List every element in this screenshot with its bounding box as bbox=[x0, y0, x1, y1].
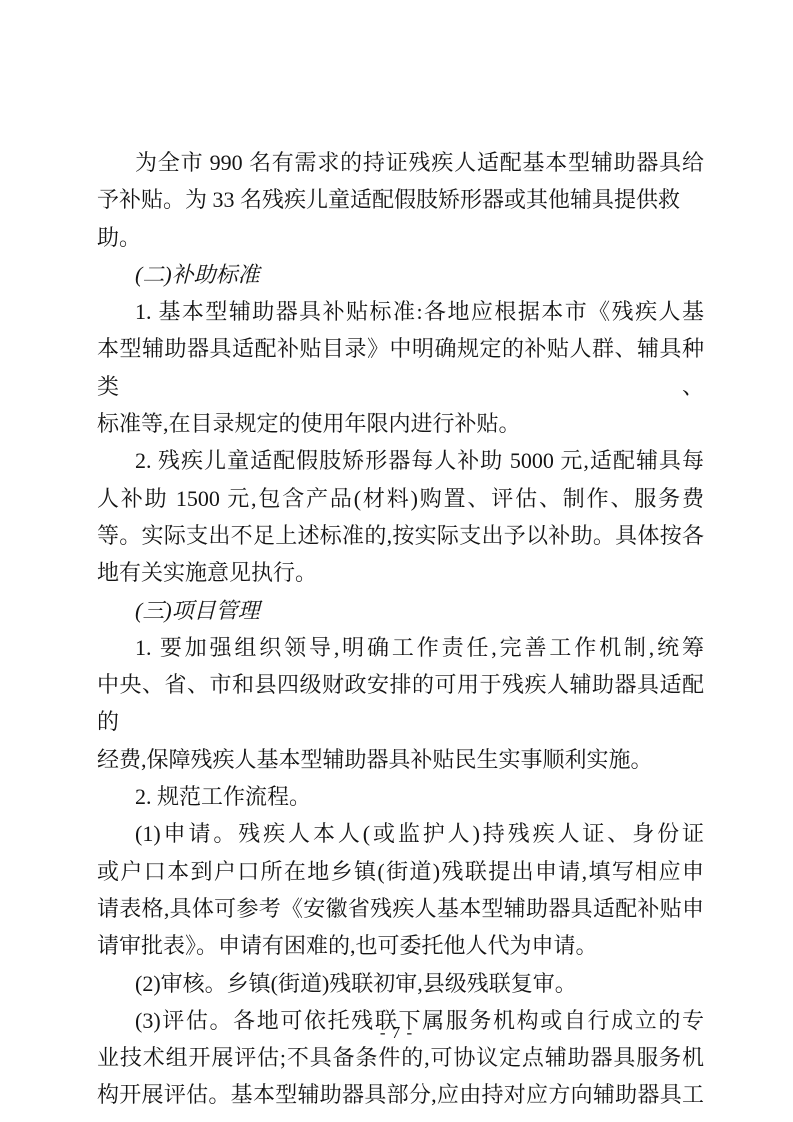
text-line: 1. 基本型辅助器具补贴标准:各地应根据本市《残疾人基 bbox=[97, 293, 704, 330]
text-line: 1. 要加强组织领导,明确工作责任,完善工作机制,统筹 bbox=[97, 629, 704, 666]
text-line: 2. 残疾儿童适配假肢矫形器每人补助 5000 元,适配辅具每 bbox=[97, 442, 704, 479]
text-line: 予补贴。为 33 名残疾儿童适配假肢矫形器或其他辅具提供救助。 bbox=[97, 181, 704, 256]
page-number: - 7 - bbox=[0, 1020, 793, 1046]
text-line: 构开展评估。基本型辅助器具部分,应由持对应方向辅助器具工 bbox=[97, 1076, 704, 1113]
text-line: 本型辅助器具适配补贴目录》中明确规定的补贴人群、辅具种类、 bbox=[97, 330, 704, 405]
text-line: 经费,保障残疾人基本型辅助器具补贴民生实事顺利实施。 bbox=[97, 741, 704, 778]
text-line: (三)项目管理 bbox=[97, 592, 704, 629]
text-line: (二)补助标准 bbox=[97, 256, 704, 293]
text-line: 人补助 1500 元,包含产品(材料)购置、评估、制作、服务费 bbox=[97, 480, 704, 517]
text-line: 地有关实施意见执行。 bbox=[97, 554, 704, 591]
text-line: 为全市 990 名有需求的持证残疾人适配基本型辅助器具给 bbox=[97, 144, 704, 181]
text-line: 中央、省、市和县四级财政安排的可用于残疾人辅助器具适配的 bbox=[97, 666, 704, 741]
text-line: 2. 规范工作流程。 bbox=[97, 778, 704, 815]
document-body: 为全市 990 名有需求的持证残疾人适配基本型辅助器具给予补贴。为 33 名残疾… bbox=[97, 144, 704, 1114]
text-line: 请表格,具体可参考《安徽省残疾人基本型辅助器具适配补贴申 bbox=[97, 890, 704, 927]
text-line: (1)申请。残疾人本人(或监护人)持残疾人证、身份证 bbox=[97, 815, 704, 852]
text-line: (2)审核。乡镇(街道)残联初审,县级残联复审。 bbox=[97, 965, 704, 1002]
text-line: 或户口本到户口所在地乡镇(街道)残联提出申请,填写相应申 bbox=[97, 853, 704, 890]
document-page: 为全市 990 名有需求的持证残疾人适配基本型辅助器具给予补贴。为 33 名残疾… bbox=[0, 0, 793, 1122]
text-line: 请审批表》。申请有困难的,也可委托他人代为申请。 bbox=[97, 927, 704, 964]
text-line: 标准等,在目录规定的使用年限内进行补贴。 bbox=[97, 405, 704, 442]
text-line: 等。实际支出不足上述标准的,按实际支出予以补助。具体按各 bbox=[97, 517, 704, 554]
